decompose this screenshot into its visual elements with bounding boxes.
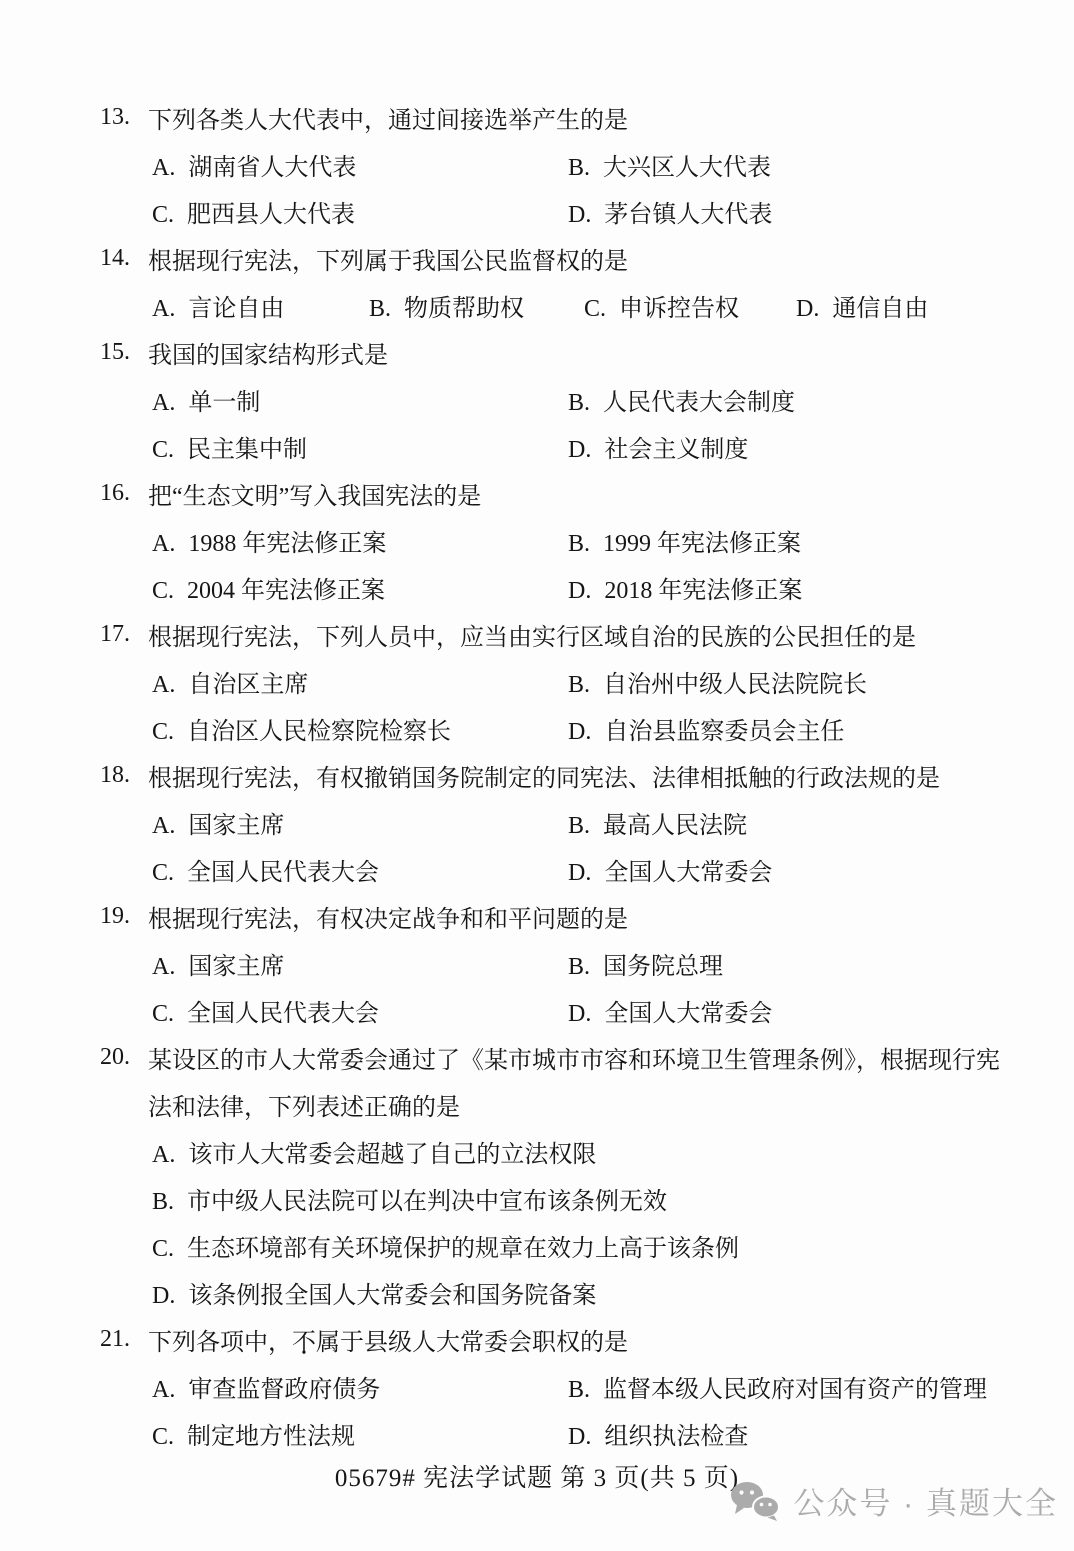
options-row: C.肥西县人大代表 D.茅台镇人大代表 (100, 188, 1018, 235)
option-b: B.国务院总理 (568, 946, 1018, 981)
question-number: 20. (100, 1044, 148, 1071)
question-stem-row: 18. 根据现行宪法，有权撤销国务院制定的同宪法、法律相抵触的行政法规的是 (100, 752, 1018, 799)
option-a: A.自治区主席 (152, 664, 568, 699)
option-b: B.物质帮助权 (369, 288, 584, 323)
option-label: C. (152, 719, 174, 746)
option-label: A. (152, 813, 175, 840)
option-a: A.1988 年宪法修正案 (152, 523, 568, 558)
option-d: D.2018 年宪法修正案 (568, 570, 1018, 605)
option-b: B.大兴区人大代表 (568, 147, 1018, 182)
options-row: B.市中级人民法院可以在判决中宣布该条例无效 (100, 1175, 1018, 1222)
question-stem: 根据现行宪法，有权决定战争和和平问题的是 (148, 899, 1018, 934)
question-stem-row: 19. 根据现行宪法，有权决定战争和和平问题的是 (100, 893, 1018, 940)
option-label: D. (152, 1283, 175, 1310)
question-stem-row: 13. 下列各类人大代表中，通过间接选举产生的是 (100, 94, 1018, 141)
option-label: A. (152, 296, 175, 323)
question-16: 16. 把“生态文明”写入我国宪法的是 A.1988 年宪法修正案 B.1999… (100, 470, 1018, 611)
question-stem-pre: 下列各项中， (148, 1330, 292, 1356)
option-label: B. (568, 1377, 590, 1404)
question-stem-row: 17. 根据现行宪法，下列人员中，应当由实行区域自治的民族的公民担任的是 (100, 611, 1018, 658)
question-15: 15. 我国的国家结构形式是 A.单一制 B.人民代表大会制度 C.民主集中制 … (100, 329, 1018, 470)
options-row: D.该条例报全国人大常委会和国务院备案 (100, 1269, 1018, 1316)
option-d: D.通信自由 (796, 288, 1018, 323)
option-text: 制定地方性法规 (187, 1416, 355, 1451)
option-label: B. (568, 390, 590, 417)
option-label: B. (568, 672, 590, 699)
option-c: C.制定地方性法规 (152, 1416, 568, 1451)
options-row: A.1988 年宪法修正案 B.1999 年宪法修正案 (100, 517, 1018, 564)
option-text: 言论自由 (188, 288, 284, 323)
wechat-icon (729, 1480, 781, 1522)
option-label: D. (568, 719, 591, 746)
watermark: 公众号 · 真题大全 (729, 1478, 1058, 1523)
watermark-text: 公众号 · 真题大全 (793, 1478, 1058, 1523)
option-label: B. (369, 296, 391, 323)
options-row: A.国家主席 B.最高人民法院 (100, 799, 1018, 846)
option-d: D.茅台镇人大代表 (568, 194, 1018, 229)
options-row: C.制定地方性法规 D.组织执法检查 (100, 1410, 1018, 1457)
option-text: 最高人民法院 (603, 805, 747, 840)
option-label: A. (152, 155, 175, 182)
option-text: 该市人大常委会超越了自己的立法权限 (188, 1134, 596, 1169)
option-text: 申诉控告权 (619, 288, 739, 323)
option-a: A.湖南省人大代表 (152, 147, 568, 182)
option-c: C.民主集中制 (152, 429, 568, 464)
option-c: C.申诉控告权 (584, 288, 796, 323)
question-stem-row: 15. 我国的国家结构形式是 (100, 329, 1018, 376)
option-a: A.单一制 (152, 382, 568, 417)
option-label: D. (796, 296, 819, 323)
option-text: 湖南省人大代表 (188, 147, 356, 182)
option-label: A. (152, 531, 175, 558)
option-a: A.言论自由 (152, 288, 369, 323)
option-c: C.肥西县人大代表 (152, 194, 568, 229)
question-stem-emphasized: 不 (292, 1322, 316, 1357)
option-text: 大兴区人大代表 (603, 147, 771, 182)
option-label: C. (152, 1424, 174, 1451)
options-row: A.自治区主席 B.自治州中级人民法院院长 (100, 658, 1018, 705)
option-label: B. (568, 155, 590, 182)
option-label: A. (152, 390, 175, 417)
option-d: D.自治县监察委员会主任 (568, 711, 1018, 746)
option-c: C.全国人民代表大会 (152, 852, 568, 887)
option-label: A. (152, 1377, 175, 1404)
option-label: A. (152, 954, 175, 981)
option-a: A.国家主席 (152, 946, 568, 981)
option-label: D. (568, 860, 591, 887)
question-number: 21. (100, 1326, 148, 1353)
option-text: 自治区主席 (188, 664, 308, 699)
question-20: 20. 某设区的市人大常委会通过了《某市城市市容和环境卫生管理条例》，根据现行宪… (100, 1034, 1018, 1316)
option-text: 全国人民代表大会 (187, 993, 379, 1028)
option-text: 该条例报全国人大常委会和国务院备案 (188, 1275, 596, 1310)
option-text: 单一制 (188, 382, 260, 417)
options-row: A.湖南省人大代表 B.大兴区人大代表 (100, 141, 1018, 188)
option-text: 全国人民代表大会 (187, 852, 379, 887)
options-row: A.单一制 B.人民代表大会制度 (100, 376, 1018, 423)
option-text: 审查监督政府债务 (188, 1369, 380, 1404)
option-label: D. (568, 1424, 591, 1451)
option-c: C.2004 年宪法修正案 (152, 570, 568, 605)
option-d: D.全国人大常委会 (568, 993, 1018, 1028)
option-label: C. (152, 578, 174, 605)
question-stem-row: 法和法律，下列表述正确的是 (100, 1081, 1018, 1128)
question-stem: 下列各类人大代表中，通过间接选举产生的是 (148, 100, 1018, 135)
question-stem: 根据现行宪法，下列属于我国公民监督权的是 (148, 241, 1018, 276)
question-stem-line1: 某设区的市人大常委会通过了《某市城市市容和环境卫生管理条例》，根据现行宪 (148, 1040, 1018, 1075)
question-number: 14. (100, 245, 148, 272)
option-label: C. (152, 437, 174, 464)
option-text: 市中级人民法院可以在判决中宣布该条例无效 (187, 1181, 667, 1216)
question-number: 19. (100, 903, 148, 930)
option-label: B. (568, 954, 590, 981)
question-number: 17. (100, 621, 148, 648)
question-stem: 根据现行宪法，下列人员中，应当由实行区域自治的民族的公民担任的是 (148, 617, 1018, 652)
options-row: C.生态环境部有关环境保护的规章在效力上高于该条例 (100, 1222, 1018, 1269)
option-label: C. (152, 1236, 174, 1263)
option-c: C.自治区人民检察院检察长 (152, 711, 568, 746)
option-text: 生态环境部有关环境保护的规章在效力上高于该条例 (187, 1228, 739, 1263)
question-stem-row: 20. 某设区的市人大常委会通过了《某市城市市容和环境卫生管理条例》，根据现行宪 (100, 1034, 1018, 1081)
option-text: 肥西县人大代表 (187, 194, 355, 229)
option-text: 全国人大常委会 (604, 852, 772, 887)
option-text: 监督本级人民政府对国有资产的管理 (603, 1369, 987, 1404)
option-a: A.审查监督政府债务 (152, 1369, 568, 1404)
option-b: B.自治州中级人民法院院长 (568, 664, 1018, 699)
option-label: C. (584, 296, 606, 323)
option-d: D.全国人大常委会 (568, 852, 1018, 887)
question-stem-row: 14. 根据现行宪法，下列属于我国公民监督权的是 (100, 235, 1018, 282)
option-text: 民主集中制 (187, 429, 307, 464)
question-stem: 根据现行宪法，有权撤销国务院制定的同宪法、法律相抵触的行政法规的是 (148, 758, 1018, 793)
question-stem-line2: 法和法律，下列表述正确的是 (100, 1087, 1018, 1122)
question-14: 14. 根据现行宪法，下列属于我国公民监督权的是 A.言论自由 B.物质帮助权 … (100, 235, 1018, 329)
option-label: D. (568, 578, 591, 605)
option-c: C.生态环境部有关环境保护的规章在效力上高于该条例 (152, 1228, 739, 1263)
question-number: 13. (100, 104, 148, 131)
question-stem-row: 21. 下列各项中，不属于县级人大常委会职权的是 (100, 1316, 1018, 1363)
question-19: 19. 根据现行宪法，有权决定战争和和平问题的是 A.国家主席 B.国务院总理 … (100, 893, 1018, 1034)
options-row: A.言论自由 B.物质帮助权 C.申诉控告权 D.通信自由 (100, 282, 1018, 329)
option-b: B.监督本级人民政府对国有资产的管理 (568, 1369, 1018, 1404)
option-text: 社会主义制度 (604, 429, 748, 464)
option-b: B.市中级人民法院可以在判决中宣布该条例无效 (152, 1181, 667, 1216)
option-a: A.国家主席 (152, 805, 568, 840)
question-18: 18. 根据现行宪法，有权撤销国务院制定的同宪法、法律相抵触的行政法规的是 A.… (100, 752, 1018, 893)
option-b: B.1999 年宪法修正案 (568, 523, 1018, 558)
option-text: 人民代表大会制度 (603, 382, 795, 417)
option-text: 自治县监察委员会主任 (604, 711, 844, 746)
option-text: 通信自由 (832, 288, 928, 323)
question-17: 17. 根据现行宪法，下列人员中，应当由实行区域自治的民族的公民担任的是 A.自… (100, 611, 1018, 752)
option-text: 国家主席 (188, 805, 284, 840)
question-13: 13. 下列各类人大代表中，通过间接选举产生的是 A.湖南省人大代表 B.大兴区… (100, 94, 1018, 235)
option-label: C. (152, 860, 174, 887)
options-row: C.全国人民代表大会 D.全国人大常委会 (100, 987, 1018, 1034)
option-label: B. (152, 1189, 174, 1216)
option-label: C. (152, 1001, 174, 1028)
options-row: A.国家主席 B.国务院总理 (100, 940, 1018, 987)
option-label: D. (568, 202, 591, 229)
exam-page: 13. 下列各类人大代表中，通过间接选举产生的是 A.湖南省人大代表 B.大兴区… (0, 0, 1074, 1551)
options-row: C.民主集中制 D.社会主义制度 (100, 423, 1018, 470)
question-number: 18. (100, 762, 148, 789)
question-stem: 我国的国家结构形式是 (148, 335, 1018, 370)
option-c: C.全国人民代表大会 (152, 993, 568, 1028)
question-21: 21. 下列各项中，不属于县级人大常委会职权的是 A.审查监督政府债务 B.监督… (100, 1316, 1018, 1457)
options-row: A.该市人大常委会超越了自己的立法权限 (100, 1128, 1018, 1175)
option-b: B.最高人民法院 (568, 805, 1018, 840)
options-row: C.自治区人民检察院检察长 D.自治县监察委员会主任 (100, 705, 1018, 752)
exam-content: 13. 下列各类人大代表中，通过间接选举产生的是 A.湖南省人大代表 B.大兴区… (0, 0, 1074, 1457)
option-text: 国务院总理 (603, 946, 723, 981)
option-text: 2004 年宪法修正案 (187, 570, 385, 605)
option-text: 全国人大常委会 (604, 993, 772, 1028)
option-text: 自治区人民检察院检察长 (187, 711, 451, 746)
options-row: C.2004 年宪法修正案 D.2018 年宪法修正案 (100, 564, 1018, 611)
option-text: 组织执法检查 (604, 1416, 748, 1451)
question-stem: 下列各项中，不属于县级人大常委会职权的是 (148, 1322, 1018, 1357)
question-stem-row: 16. 把“生态文明”写入我国宪法的是 (100, 470, 1018, 517)
options-row: C.全国人民代表大会 D.全国人大常委会 (100, 846, 1018, 893)
option-text: 茅台镇人大代表 (604, 194, 772, 229)
option-label: B. (568, 531, 590, 558)
option-text: 1999 年宪法修正案 (603, 523, 801, 558)
option-d: D.组织执法检查 (568, 1416, 1018, 1451)
option-d: D.该条例报全国人大常委会和国务院备案 (152, 1275, 596, 1310)
question-number: 15. (100, 339, 148, 366)
question-number: 16. (100, 480, 148, 507)
option-text: 1988 年宪法修正案 (188, 523, 386, 558)
option-text: 2018 年宪法修正案 (604, 570, 802, 605)
option-label: B. (568, 813, 590, 840)
option-label: D. (568, 437, 591, 464)
option-d: D.社会主义制度 (568, 429, 1018, 464)
option-label: A. (152, 1142, 175, 1169)
option-label: C. (152, 202, 174, 229)
option-text: 国家主席 (188, 946, 284, 981)
option-label: D. (568, 1001, 591, 1028)
question-stem: 把“生态文明”写入我国宪法的是 (148, 476, 1018, 511)
option-b: B.人民代表大会制度 (568, 382, 1018, 417)
option-text: 物质帮助权 (404, 288, 524, 323)
option-a: A.该市人大常委会超越了自己的立法权限 (152, 1134, 596, 1169)
option-text: 自治州中级人民法院院长 (603, 664, 867, 699)
options-row: A.审查监督政府债务 B.监督本级人民政府对国有资产的管理 (100, 1363, 1018, 1410)
option-label: A. (152, 672, 175, 699)
question-stem-post: 属于县级人大常委会职权的是 (316, 1330, 628, 1356)
